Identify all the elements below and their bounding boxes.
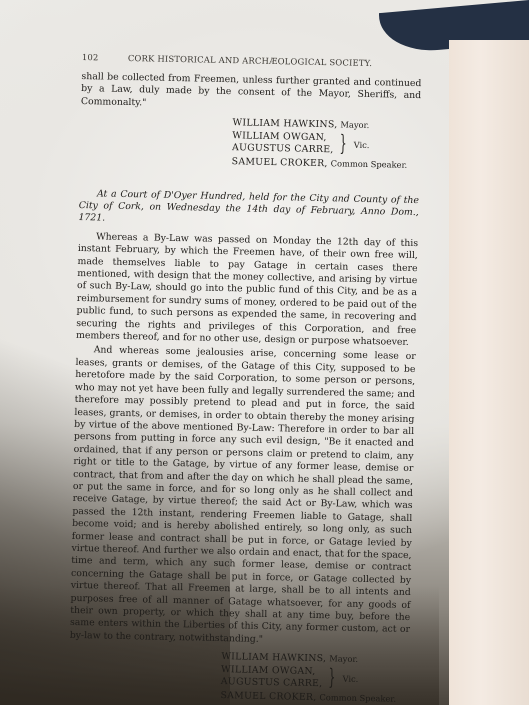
mayor-role: Mayor.	[340, 120, 369, 131]
speaker-name: SAMUEL CROKER,	[232, 156, 328, 169]
vic-role: Vic.	[354, 139, 370, 152]
speaker-role: Common Speaker.	[319, 692, 396, 704]
paragraph-and-whereas: And whereas some jealousies arise, conce…	[70, 344, 416, 649]
court-heading: At a Court of D'Oyer Hundred, held for t…	[78, 188, 419, 232]
mayor-role: Mayor.	[329, 654, 358, 665]
vic-group: WILLIAM OWGAN, AUGUSTUS CARRE, } Vic.	[221, 664, 409, 693]
opening-paragraph: shall be collected from Freemen, unless …	[81, 71, 422, 115]
speaker-role: Common Speaker.	[331, 158, 408, 170]
vic-group: WILLIAM OWGAN, AUGUSTUS CARRE, } Vic.	[232, 130, 420, 159]
brace-icon: }	[339, 134, 346, 156]
signature-block-2: WILLIAM HAWKINS, Mayor. WILLIAM OWGAN, A…	[220, 650, 409, 705]
mayor-name: WILLIAM HAWKINS,	[232, 117, 337, 130]
speaker-name: SAMUEL CROKER,	[220, 690, 316, 703]
book-page: 102 CORK HISTORICAL AND ARCHÆOLOGICAL SO…	[68, 52, 421, 705]
paragraph-whereas: Whereas a By-Law was passed on Monday th…	[76, 231, 418, 350]
vic-role: Vic.	[342, 673, 358, 686]
facing-page-edge	[449, 40, 529, 705]
brace-icon: }	[328, 668, 335, 690]
page-number: 102	[82, 52, 128, 63]
mayor-name: WILLIAM HAWKINS,	[221, 651, 326, 664]
signature-block-1: WILLIAM HAWKINS, Mayor. WILLIAM OWGAN, A…	[232, 116, 421, 172]
